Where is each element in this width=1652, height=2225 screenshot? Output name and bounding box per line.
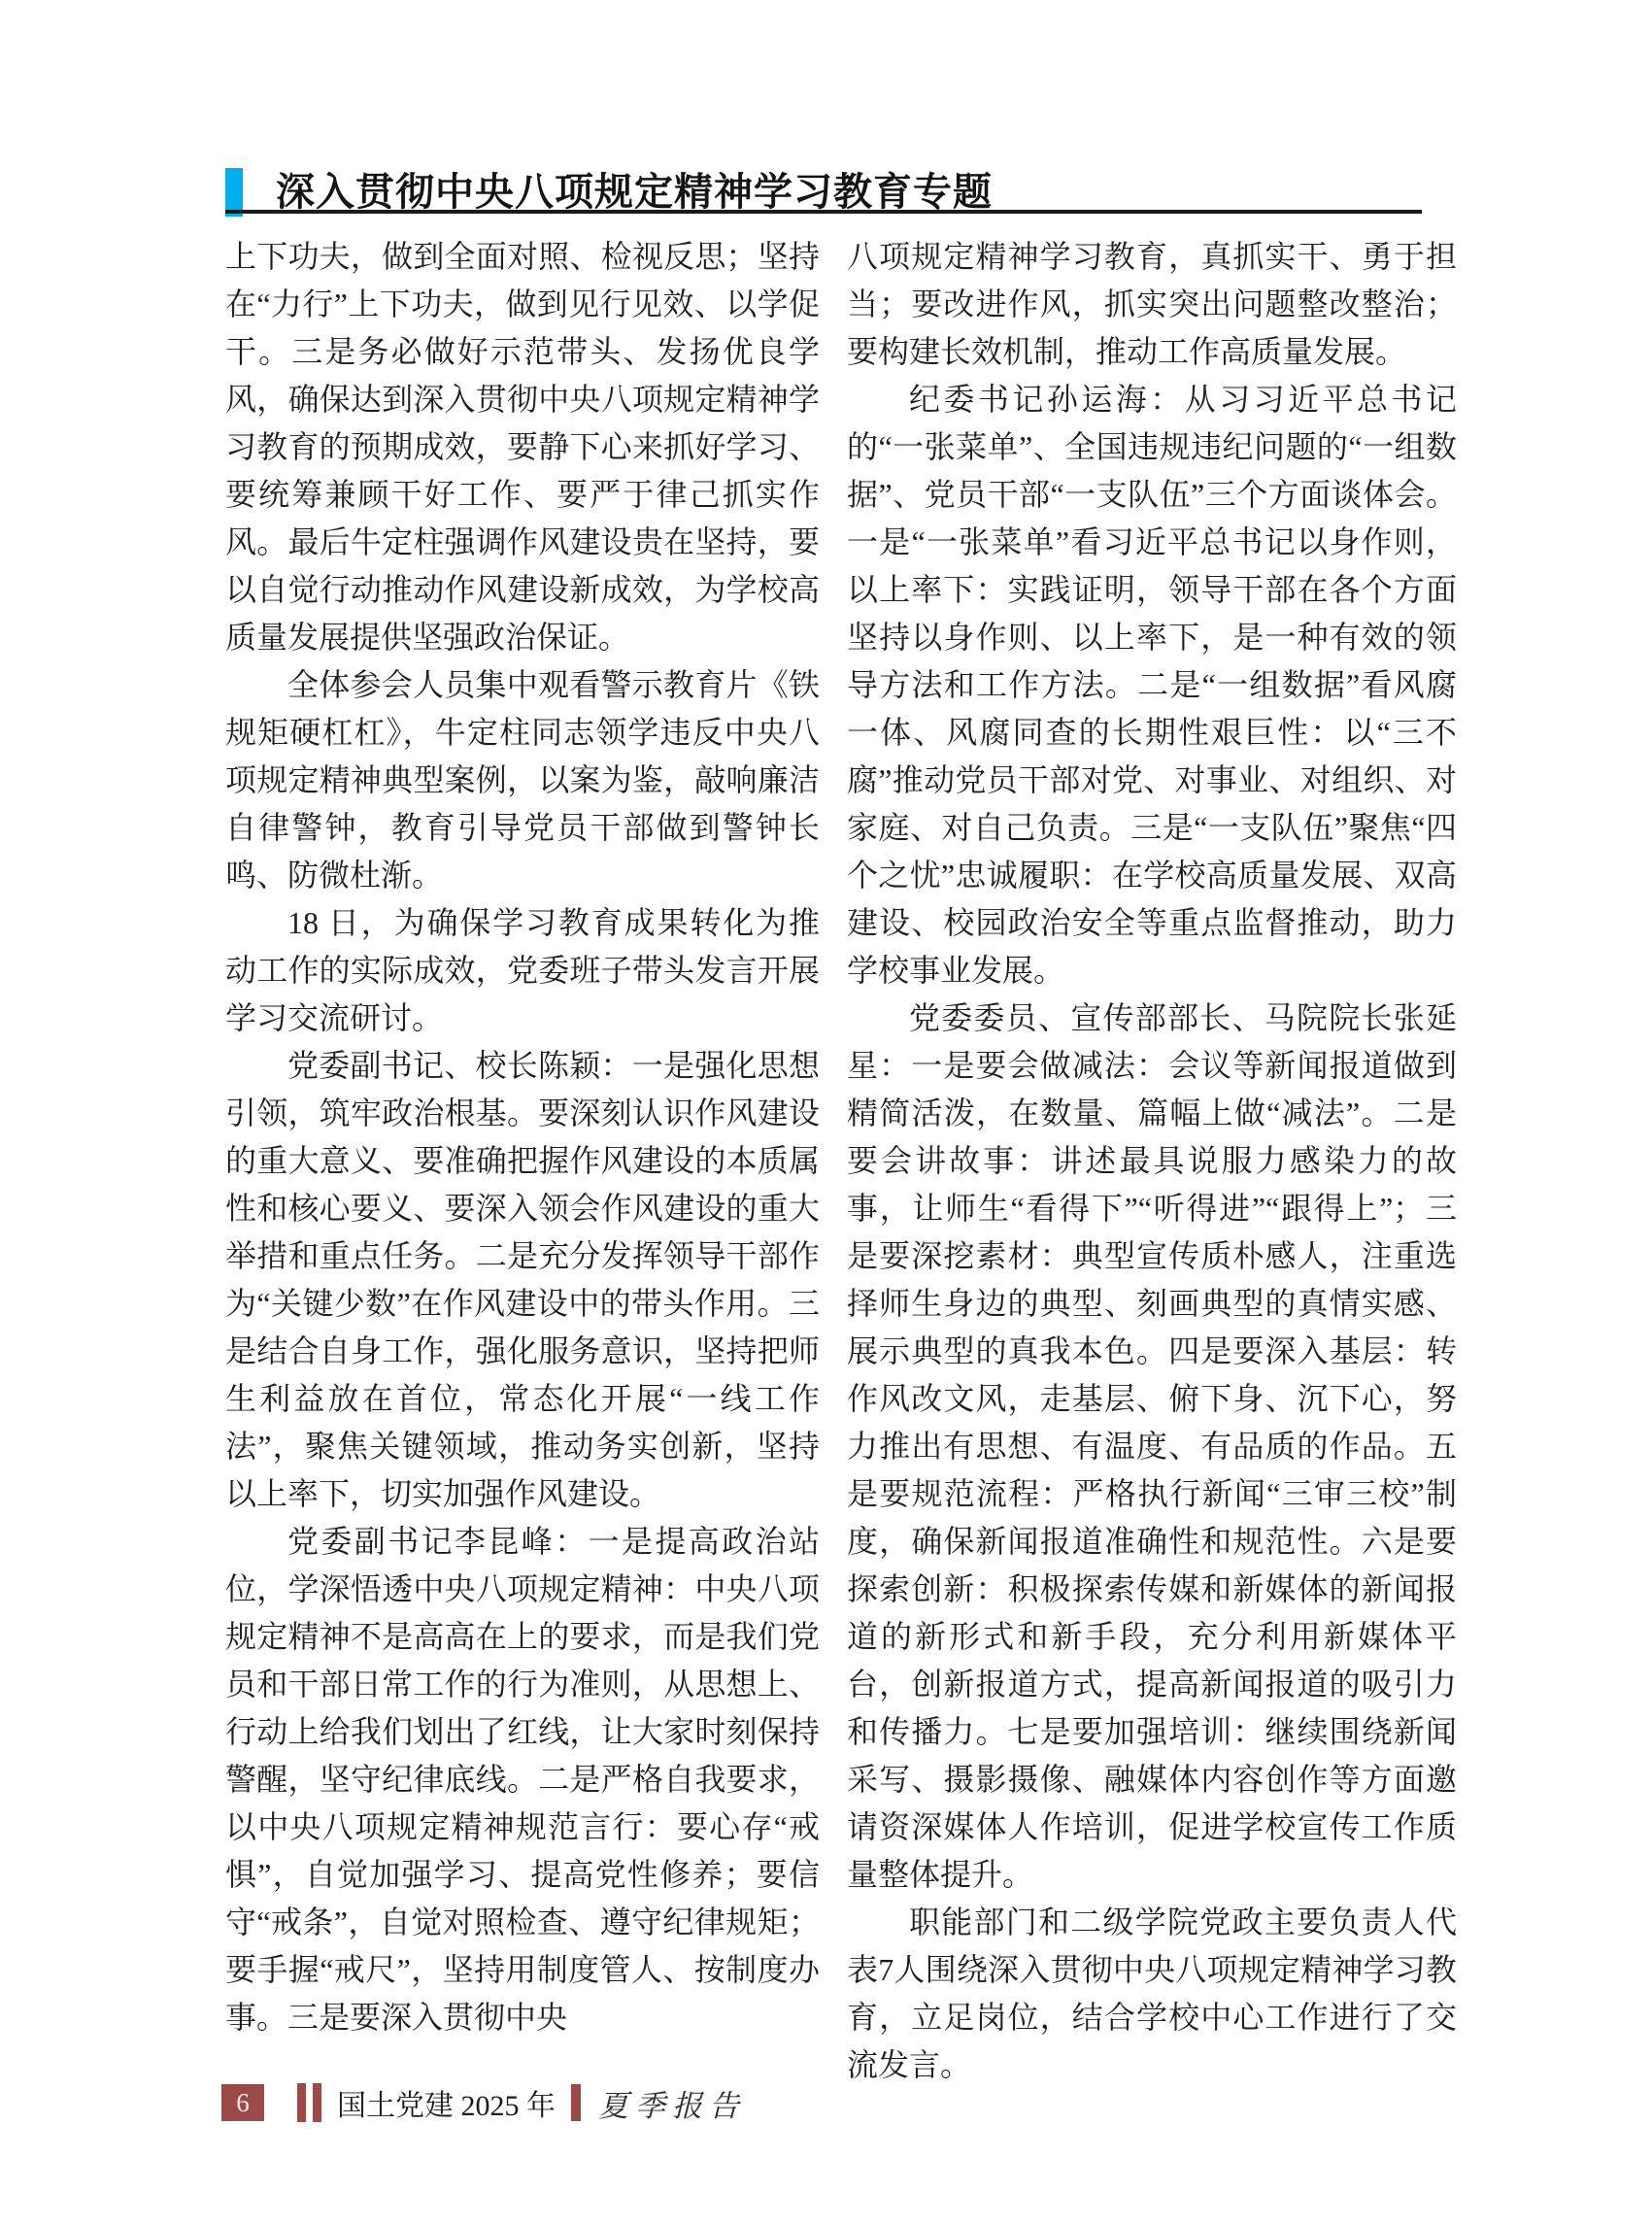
header-rule	[225, 210, 1422, 214]
page-number-badge: 6	[221, 2084, 264, 2121]
right-column: 八项规定精神学习教育，真抓实干、勇于担当；要改进作风，抓实突出问题整改整治；要构…	[847, 233, 1457, 2089]
paragraph: 18 日，为确保学习教育成果转化为推动工作的实际成效，党委班子带头发言开展学习交…	[225, 899, 820, 1042]
paragraph: 全体参会人员集中观看警示教育片《铁规矩硬杠杠》，牛定柱同志领学违反中央八项规定精…	[225, 661, 820, 899]
bar-icon	[313, 2083, 321, 2122]
paragraph: 上下功夫，做到全面对照、检视反思；坚持在“力行”上下功夫，做到见行见效、以学促干…	[225, 233, 820, 661]
page-footer: 6 国土党建 2025 年 夏季报告	[221, 2080, 746, 2125]
double-bar-icon	[297, 2083, 321, 2122]
paragraph: 党委副书记李昆峰：一是提高政治站位，学深悟透中央八项规定精神：中央八项规定精神不…	[225, 1518, 820, 2041]
page-section-title: 深入贯彻中央八项规定精神学习教育专题	[276, 161, 993, 217]
paragraph: 纪委书记孙运海：从习习近平总书记的“一张菜单”、全国违规违纪问题的“一组数据”、…	[847, 376, 1457, 995]
left-column: 上下功夫，做到全面对照、检视反思；坚持在“力行”上下功夫，做到见行见效、以学促干…	[225, 233, 820, 2089]
bar-icon	[297, 2083, 306, 2122]
paragraph: 八项规定精神学习教育，真抓实干、勇于担当；要改进作风，抓实突出问题整改整治；要构…	[847, 233, 1457, 376]
single-bar-icon	[571, 2084, 581, 2121]
article-body: 上下功夫，做到全面对照、检视反思；坚持在“力行”上下功夫，做到见行见效、以学促干…	[225, 233, 1457, 2089]
publication-title: 国土党建 2025 年	[337, 2081, 556, 2124]
paragraph: 职能部门和二级学院党政主要负责人代表7人围绕深入贯彻中央八项规定精神学习教育，立…	[847, 1899, 1457, 2089]
paragraph: 党委副书记、校长陈颖：一是强化思想引领，筑牢政治根基。要深刻认识作风建设的重大意…	[225, 1042, 820, 1518]
issue-title: 夏季报告	[598, 2081, 746, 2125]
paragraph: 党委委员、宣传部部长、马院院长张延星：一是要会做减法：会议等新闻报道做到精简活泼…	[847, 995, 1457, 1899]
